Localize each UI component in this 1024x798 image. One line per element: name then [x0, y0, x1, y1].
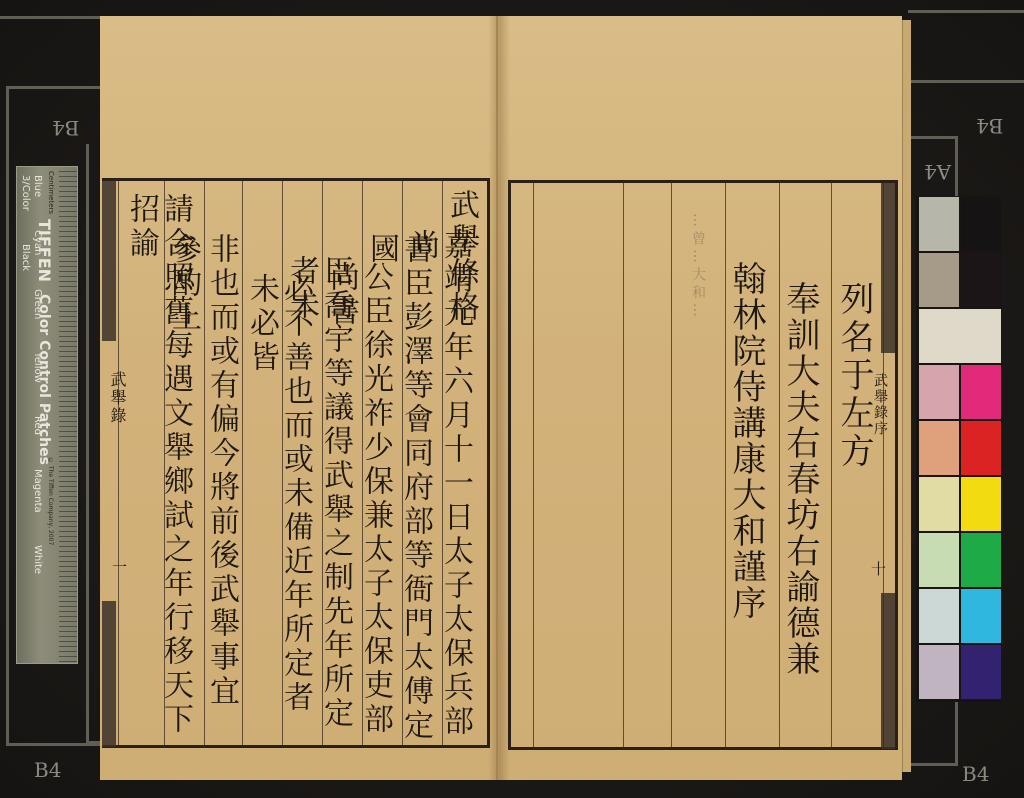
text-column-hanlinyuan: 翰林院侍講康大和謹序: [727, 261, 765, 621]
left-fishtail-bottom: [102, 601, 116, 747]
left-fishtail-top: [102, 181, 116, 341]
text-column-5: 必不善也而或未備近年所定者未必皆: [244, 273, 312, 745]
patch-r6-right: [960, 476, 1002, 532]
column-rule: [831, 183, 832, 747]
tiffen-color-ruler: Blue Cyan Green Yellow Red Magenta White…: [16, 166, 78, 664]
label-b4-bottom-left: B4: [34, 758, 61, 782]
ruler-label-magenta: Magenta: [31, 469, 43, 513]
patch-r1-left: [918, 196, 960, 252]
faded-bleedthrough-column: …曾…大和…: [681, 213, 715, 321]
page-edges: [902, 20, 911, 772]
label-b4-bottom-right: B4: [962, 762, 989, 786]
ruler-label-black: Black: [19, 244, 31, 271]
tiffen-logo: TIFFEN: [35, 219, 54, 282]
patch-r6-left: [918, 476, 960, 532]
ruler-copyright: © The Tiffen Company, 2007: [47, 457, 54, 545]
left-page-frame: 武舉錄 一 武舉條格 嘉靖元年六月十一日太子太保兵部尚 書臣彭澤等會同府部等衙門…: [102, 178, 490, 748]
right-page-frame: …曾…大和… 列名于左方 奉訓大夫右春坊右諭德兼 翰林院侍講康大和謹序 武舉錄序…: [508, 180, 898, 750]
book-gutter: [488, 16, 510, 780]
text-column-8: 請合照舊每遇文舉鄉試之年行移天下招諭: [124, 193, 192, 745]
patch-r2-left: [918, 252, 960, 308]
ruler-label-3color: 3/Color: [19, 175, 31, 211]
color-control-patches: [916, 196, 1002, 702]
ruler-unit-cm: Centimeters: [47, 171, 55, 214]
label-b4-top-left: B4: [52, 116, 79, 140]
patch-r9-right: [960, 644, 1002, 700]
patch-r8-left: [918, 588, 960, 644]
column-rule: [671, 183, 672, 747]
patch-r9-left: [918, 644, 960, 700]
column-rule: [118, 181, 119, 745]
guide-b4-right: [908, 80, 1024, 83]
label-b4-top-right: B4: [976, 114, 1003, 138]
ruler-label-blue: Blue: [31, 175, 43, 197]
ruler-label-white: White: [31, 545, 43, 574]
ruler-title: Color Control Patches: [36, 294, 52, 465]
right-margin-title: 武舉錄序: [863, 373, 897, 437]
patch-r7-right: [960, 532, 1002, 588]
text-column-6: 非也而或有偏今將前後武舉事宜: [204, 233, 238, 709]
patch-r4-right: [960, 364, 1002, 420]
guide-top-right: [908, 10, 1024, 13]
patch-r7-left: [918, 532, 960, 588]
ruler-ticks: [59, 167, 77, 663]
column-rule: [533, 183, 534, 747]
right-margin-page: 十: [861, 561, 895, 578]
label-a4-right: A4: [924, 160, 951, 184]
column-rule: [623, 183, 624, 747]
patch-r5-left: [918, 420, 960, 476]
column-rule: [242, 181, 243, 745]
patch-r3-white: [918, 308, 1002, 364]
open-book: 武舉錄 一 武舉條格 嘉靖元年六月十一日太子太保兵部尚 書臣彭澤等會同府部等衙門…: [100, 16, 910, 780]
patch-r1-right: [960, 196, 1002, 252]
ruler-units: Centimeters: [47, 171, 55, 214]
patch-r2-right: [960, 252, 1002, 308]
patch-r5-right: [960, 420, 1002, 476]
ruler-brand: TIFFEN Color Control Patches: [35, 219, 54, 465]
patch-r8-right: [960, 588, 1002, 644]
patch-r4-left: [918, 364, 960, 420]
text-column-fengxun: 奉訓大夫右春坊右諭德兼: [781, 281, 819, 677]
guide-b4-left: [0, 16, 102, 19]
column-rule: [883, 183, 884, 747]
